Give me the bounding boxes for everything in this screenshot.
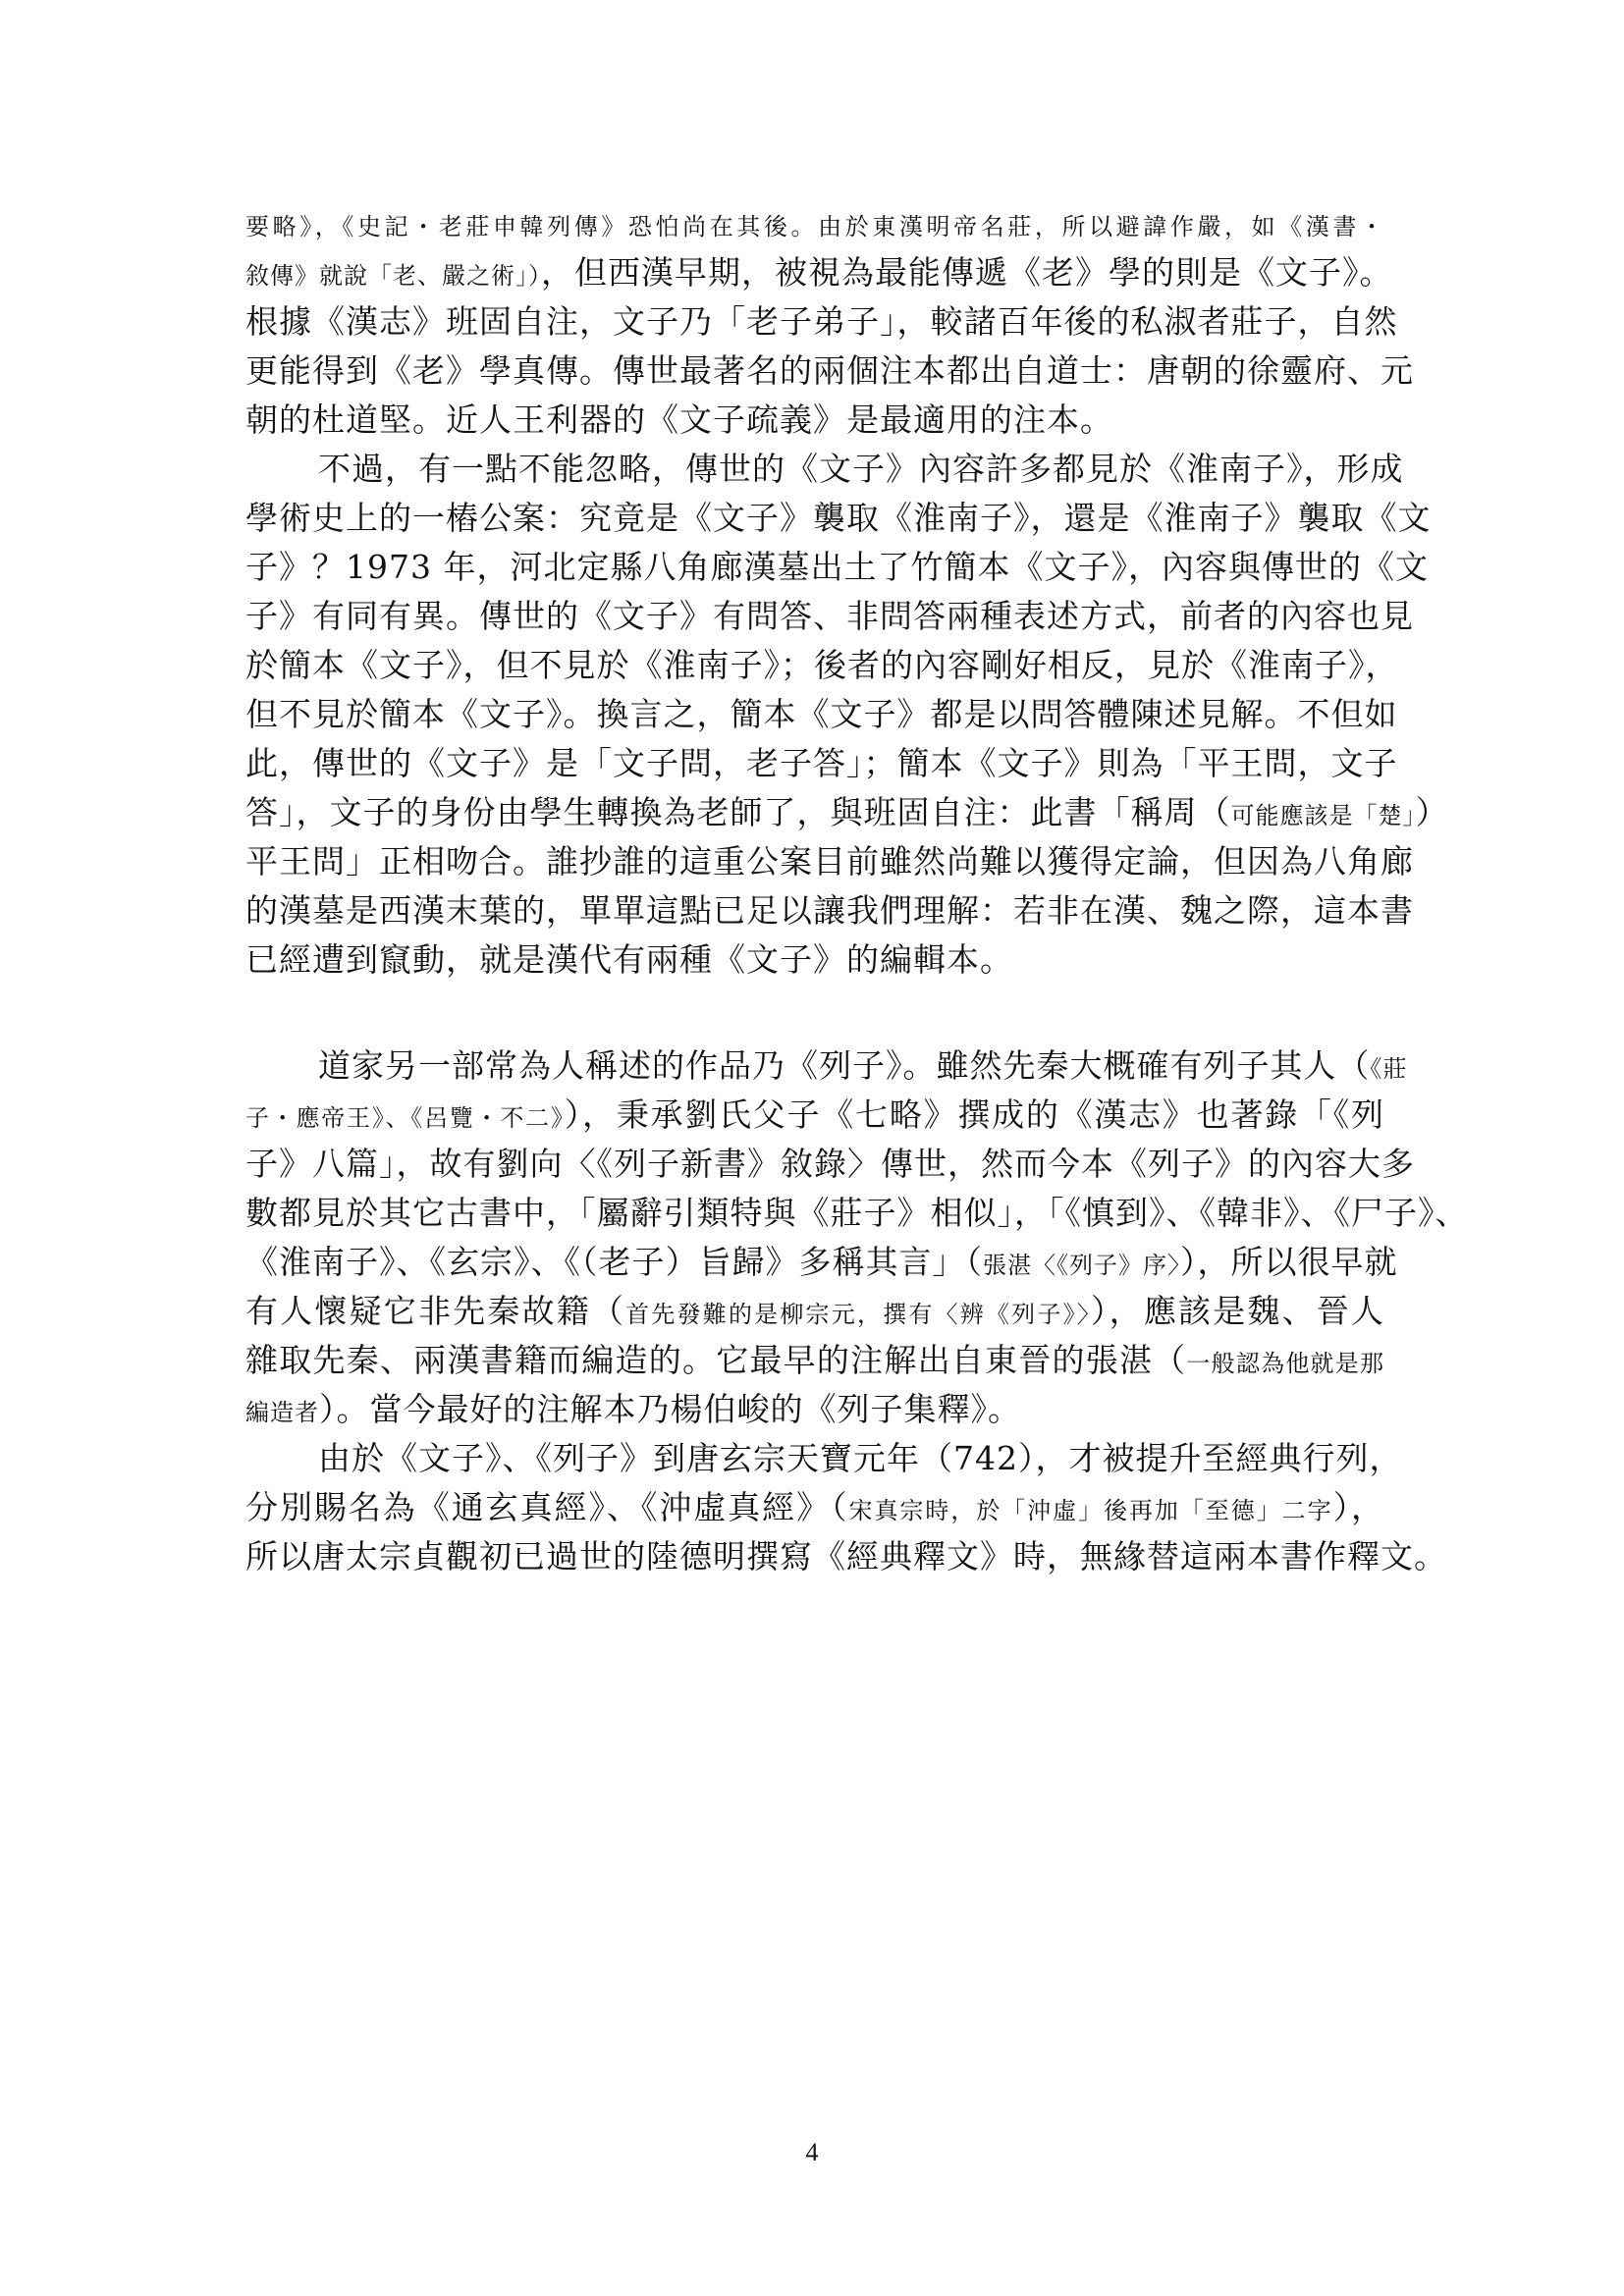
body-text-span: 根據《漢志》班固自注，文子乃「老子弟子」，較諸百年後的私淑者莊子，自然 [245, 302, 1398, 341]
text-line: 的漢墓是西漢末葉的，單單這點已足以讓我們理解：若非在漢、魏之際，這本書 [245, 891, 1384, 931]
body-text-span: 朝的杜道堅。近人王利器的《文子疏義》是最適用的注本。 [245, 400, 1113, 439]
body-text-span: 子》有同有異。傳世的《文子》有問答、非問答兩種表述方式，前者的內容也見 [245, 597, 1414, 635]
body-text-span: ）， [1333, 1488, 1384, 1526]
text-line: 於簡本《文子》，但不見於《淮南子》；後者的內容剛好相反，見於《淮南子》， [245, 646, 1384, 685]
body-text-span: ），應該是魏、晉人 [1091, 1292, 1384, 1330]
text-line: 子》？1973 年，河北定縣八角廊漢墓出土了竹簡本《文子》，內容與傳世的《文 [245, 548, 1384, 587]
text-line: 朝的杜道堅。近人王利器的《文子疏義》是最適用的注本。 [245, 400, 1384, 440]
text-line: 不過，有一點不能忽略，傳世的《文子》內容許多都見於《淮南子》，形成 [245, 450, 1384, 489]
body-text-span: 此，傳世的《文子》是「文子問，老子答」；簡本《文子》則為「平王問，文子 [245, 744, 1398, 782]
text-line: 子》八篇」，故有劉向〈《列子新書》敘錄〉傳世，然而今本《列子》的內容大多 [245, 1145, 1384, 1184]
page-number: 4 [0, 2138, 1624, 2167]
text-line: 子》有同有異。傳世的《文子》有問答、非問答兩種表述方式，前者的內容也見 [245, 597, 1384, 636]
body-text-span: 學術史上的一樁公案：究竟是《文子》襲取《淮南子》，還是《淮南子》襲取《文 [245, 499, 1432, 537]
annotation-text: 張湛〈《列子》序〉 [983, 1252, 1180, 1279]
text-line: 分別賜名為《通玄真經》、《沖虛真經》（宋真宗時，於「沖虛」後再加「至德」二字）， [245, 1488, 1384, 1530]
annotation-text: 要略》，《史記・老莊申韓列傳》恐怕尚在其後。由於東漢明帝名莊，所以避諱作嚴，如《… [245, 213, 1384, 240]
text-line: 已經遭到竄動，就是漢代有兩種《文子》的編輯本。 [245, 940, 1384, 980]
body-text-span: ，但西漢早期，被視為最能傳遞《老》學的則是《文子》。 [541, 253, 1393, 292]
body-text-span: 已經遭到竄動，就是漢代有兩種《文子》的編輯本。 [245, 940, 1013, 979]
body-text-span: 分別賜名為《通玄真經》、《沖虛真經》（ [245, 1488, 849, 1526]
text-line: 子・應帝王》、《呂覽・不二》），秉承劉氏父子《七略》撰成的《漢志》也著錄「《列 [245, 1095, 1384, 1138]
annotation-text: 首先發難的是柳宗元，撰有〈辨《列子》〉 [625, 1301, 1091, 1328]
annotation-text: 宋真宗時，於「沖虛」後再加「至德」二字 [849, 1497, 1333, 1524]
body-text-span: ）。當今最好的注解本乃楊伯峻的《列子集釋》。 [319, 1390, 1021, 1428]
body-text-span: 不過，有一點不能忽略，傳世的《文子》內容許多都見於《淮南子》，形成 [318, 450, 1404, 488]
text-line: 編造者）。當今最好的注解本乃楊伯峻的《列子集釋》。 [245, 1390, 1384, 1432]
document-page: 要略》，《史記・老莊申韓列傳》恐怕尚在其後。由於東漢明帝名莊，所以避諱作嚴，如《… [0, 0, 1624, 2296]
body-text-span: 有人懷疑它非先秦故籍（ [245, 1292, 625, 1330]
body-text-span: 子》？1973 年，河北定縣八角廊漢墓出土了竹簡本《文子》，內容與傳世的《文 [245, 548, 1429, 586]
text-line: 根據《漢志》班固自注，文子乃「老子弟子」，較諸百年後的私淑者莊子，自然 [245, 302, 1384, 342]
annotation-text: 子・應帝王》、《呂覽・不二》 [245, 1104, 565, 1132]
text-line: 答」，文子的身份由學生轉換為老師了，與班固自注：此書「稱周（可能應該是「楚」） [245, 793, 1384, 835]
body-text-span: ） [1416, 793, 1449, 831]
text-line: 此，傳世的《文子》是「文子問，老子答」；簡本《文子》則為「平王問，文子 [245, 744, 1384, 783]
annotation-text: 一般認為他就是那 [1186, 1350, 1384, 1377]
annotation-text: 《莊 [1371, 1055, 1408, 1083]
body-text-span: ），秉承劉氏父子《七略》撰成的《漢志》也著錄「《列 [565, 1095, 1384, 1134]
body-text-span: 《淮南子》、《玄宗》、《（老子）旨歸》多稱其言」（ [245, 1243, 983, 1281]
body-text-span: 答」，文子的身份由學生轉換為老師了，與班固自注：此書「稱周（ [245, 793, 1231, 831]
annotation-text: 編造者 [245, 1399, 319, 1426]
body-text-span: 平王問」正相吻合。誰抄誰的這重公案目前雖然尚難以獲得定論，但因為八角廊 [245, 842, 1414, 881]
text-line: 要略》，《史記・老莊申韓列傳》恐怕尚在其後。由於東漢明帝名莊，所以避諱作嚴，如《… [245, 204, 1384, 246]
body-text-span: 由於《文子》、《列子》到唐玄宗天寶元年（742），才被提升至經典行列， [318, 1439, 1403, 1477]
body-text-span: 數都見於其它古書中，「屬辭引類特與《莊子》相似」，「《慎到》、《韓非》、《尸子》… [245, 1194, 1469, 1232]
body-text-span: 但不見於簡本《文子》。換言之，簡本《文子》都是以問答體陳述見解。不但如 [245, 695, 1398, 733]
text-line: 道家另一部常為人稱述的作品乃《列子》。雖然先秦大概確有列子其人（《莊 [245, 1046, 1384, 1089]
text-line: 有人懷疑它非先秦故籍（首先發難的是柳宗元，撰有〈辨《列子》〉），應該是魏、晉人 [245, 1292, 1384, 1334]
text-line: 但不見於簡本《文子》。換言之，簡本《文子》都是以問答體陳述見解。不但如 [245, 695, 1384, 734]
text-line: 雜取先秦、兩漢書籍而編造的。它最早的注解出自東晉的張湛（一般認為他就是那 [245, 1341, 1384, 1383]
text-line: 敘傳》就說「老、嚴之術」），但西漢早期，被視為最能傳遞《老》學的則是《文子》。 [245, 253, 1384, 295]
body-text-span: 雜取先秦、兩漢書籍而編造的。它最早的注解出自東晉的張湛（ [245, 1341, 1186, 1379]
body-text-span: 道家另一部常為人稱述的作品乃《列子》。雖然先秦大概確有列子其人（ [318, 1046, 1371, 1085]
annotation-text: 可能應該是「楚」 [1231, 802, 1416, 829]
text-line: 《淮南子》、《玄宗》、《（老子）旨歸》多稱其言」（張湛〈《列子》序〉），所以很早… [245, 1243, 1384, 1285]
text-line: 由於《文子》、《列子》到唐玄宗天寶元年（742），才被提升至經典行列， [245, 1439, 1384, 1478]
body-text-span: 更能得到《老》學真傳。傳世最著名的兩個注本都出自道士：唐朝的徐靈府、元 [245, 351, 1414, 390]
text-line: 平王問」正相吻合。誰抄誰的這重公案目前雖然尚難以獲得定論，但因為八角廊 [245, 842, 1384, 881]
body-text-span: 的漢墓是西漢末葉的，單單這點已足以讓我們理解：若非在漢、魏之際，這本書 [245, 891, 1414, 930]
text-line: 更能得到《老》學真傳。傳世最著名的兩個注本都出自道士：唐朝的徐靈府、元 [245, 351, 1384, 391]
body-text-span: ），所以很早就 [1180, 1243, 1398, 1281]
body-text-span: 所以唐太宗貞觀初已過世的陸德明撰寫《經典釋文》時，無緣替這兩本書作釋文。 [245, 1537, 1447, 1575]
body-text-span: 於簡本《文子》，但不見於《淮南子》；後者的內容剛好相反，見於《淮南子》， [245, 646, 1399, 684]
body-text-span: 子》八篇」，故有劉向〈《列子新書》敘錄〉傳世，然而今本《列子》的內容大多 [245, 1145, 1415, 1183]
text-line: 所以唐太宗貞觀初已過世的陸德明撰寫《經典釋文》時，無緣替這兩本書作釋文。 [245, 1537, 1384, 1576]
annotation-text: 敘傳》就說「老、嚴之術」） [245, 262, 541, 290]
text-line: 學術史上的一樁公案：究竟是《文子》襲取《淮南子》，還是《淮南子》襲取《文 [245, 499, 1384, 538]
text-line: 數都見於其它古書中，「屬辭引類特與《莊子》相似」，「《慎到》、《韓非》、《尸子》… [245, 1194, 1384, 1233]
